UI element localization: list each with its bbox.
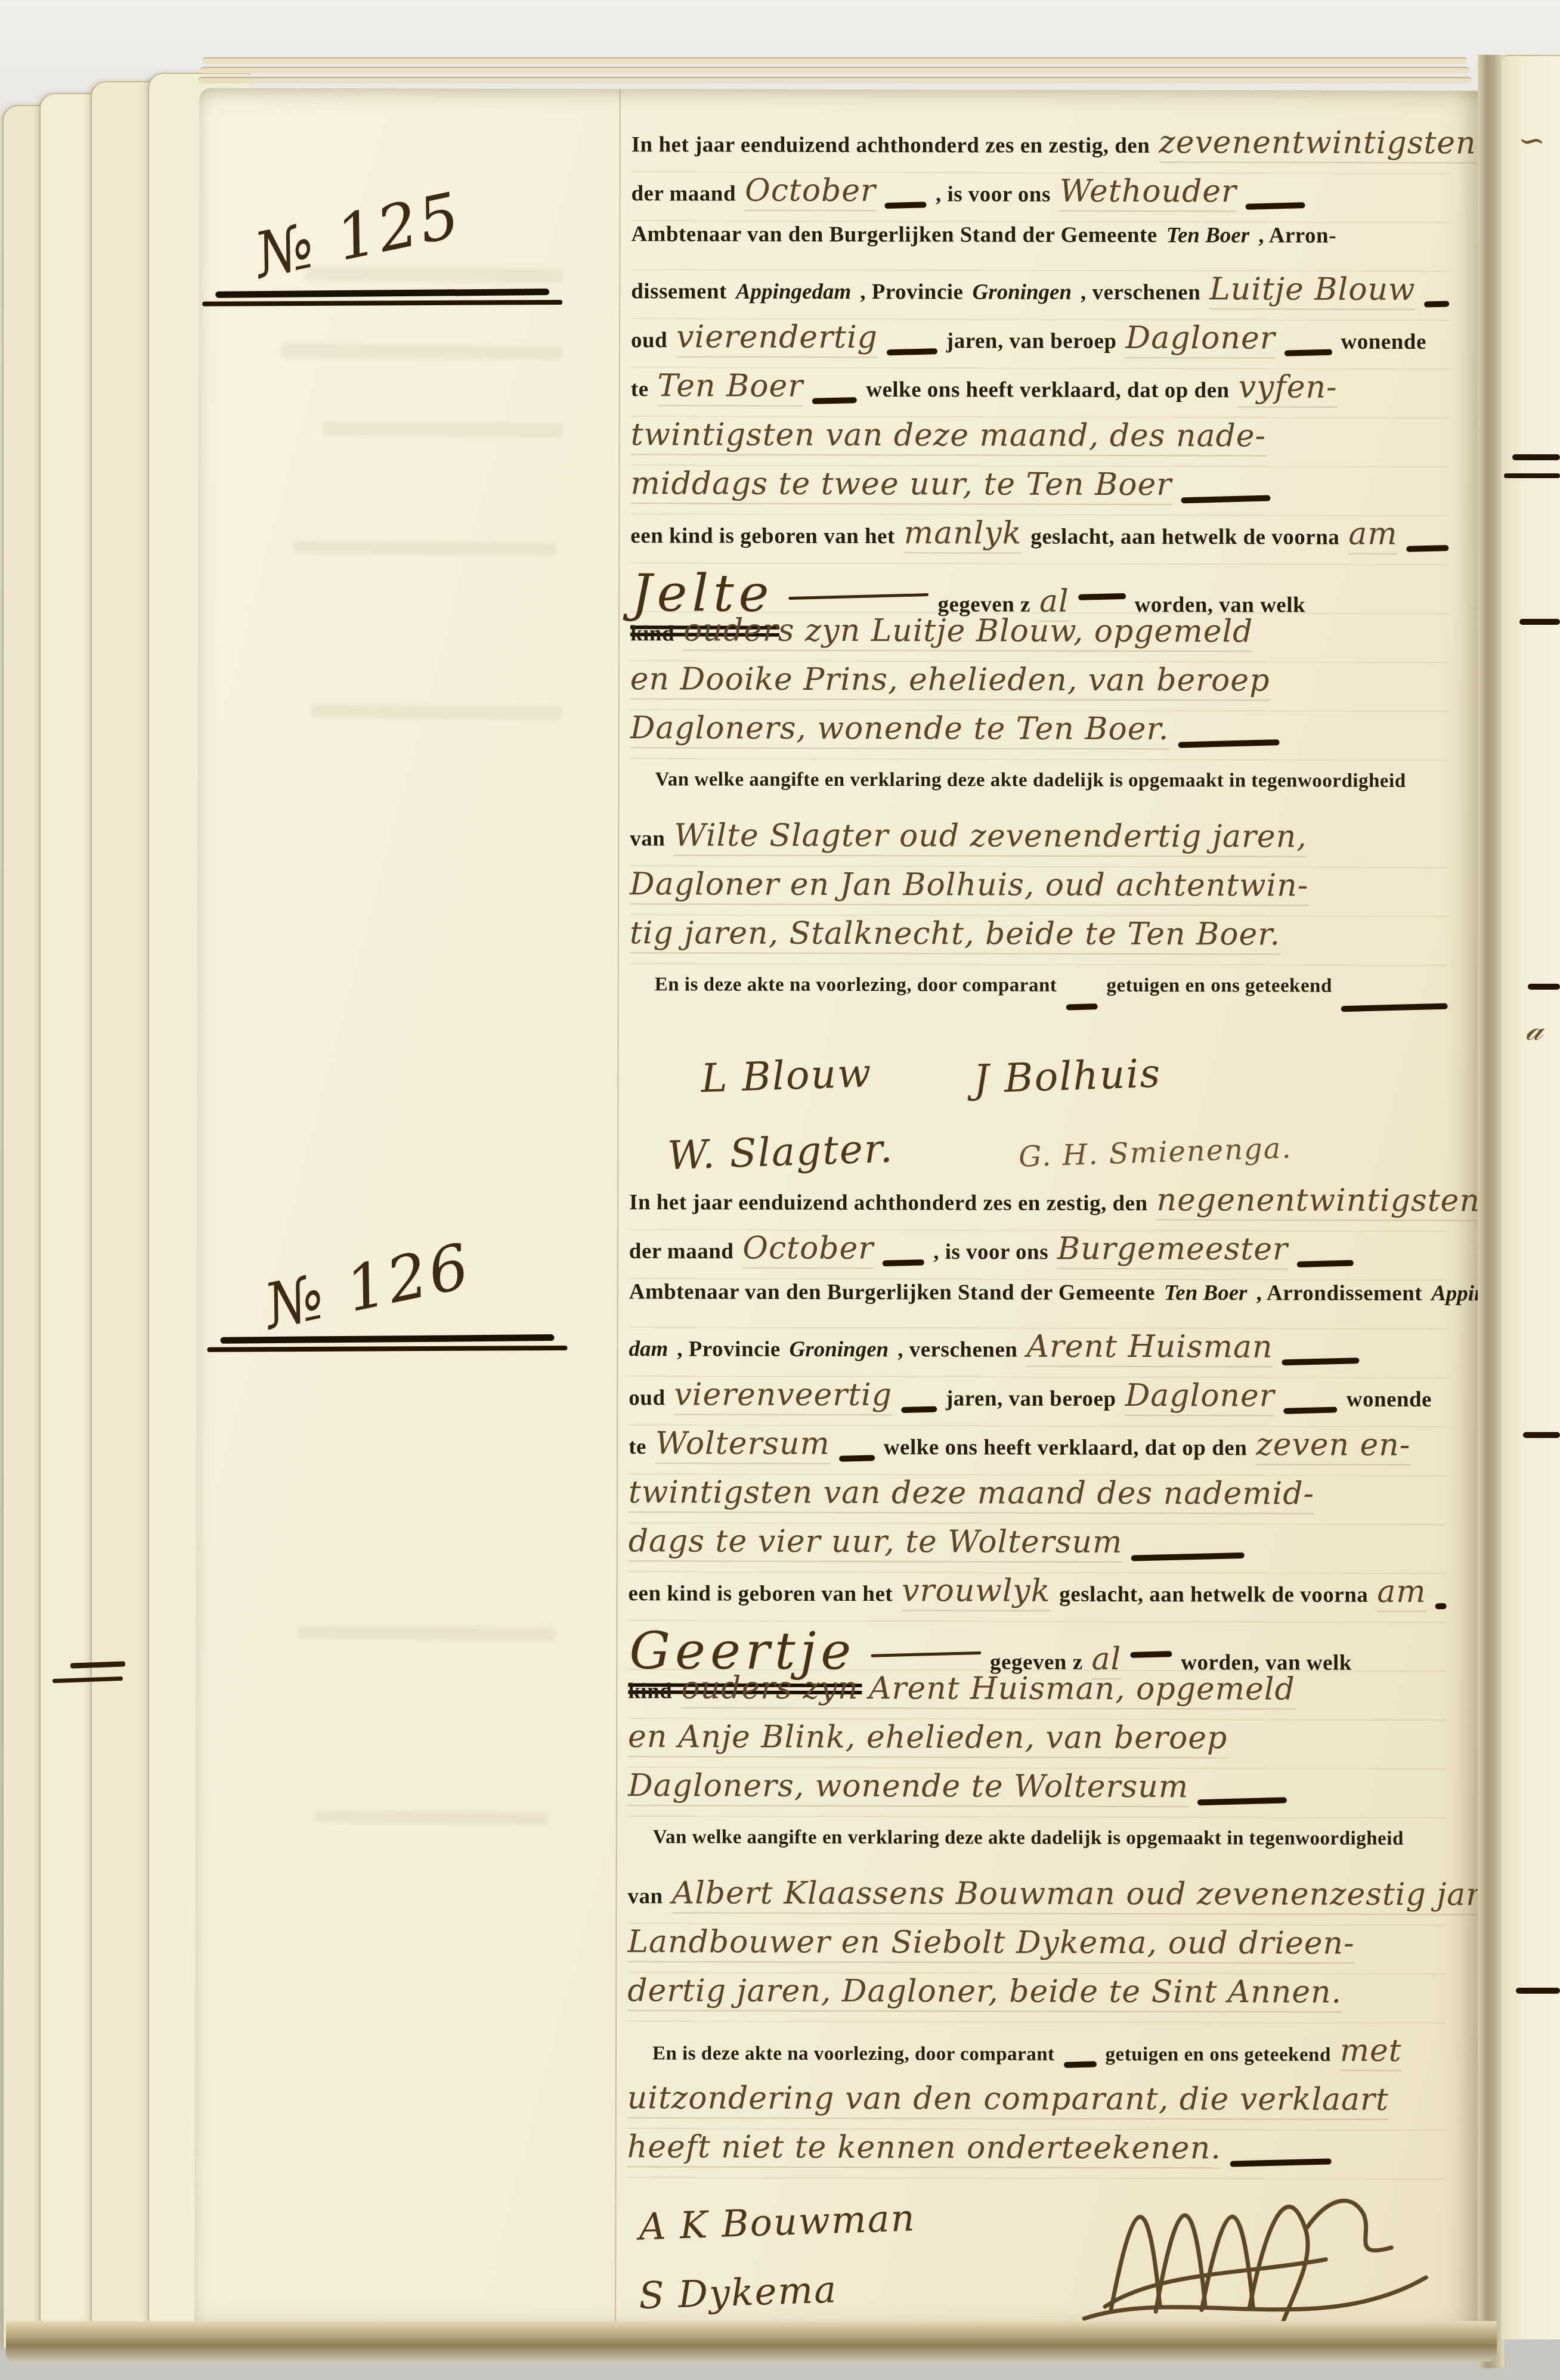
printed-form-text: , Arron-	[1258, 222, 1336, 248]
printed-form-text: , Provincie	[677, 1336, 780, 1362]
act-line: In het jaar eenduizend achthonderd zes e…	[632, 123, 1450, 174]
act-line: kindouders zyn Arent Huisman, opgemeld	[628, 1670, 1446, 1721]
ink-dash	[1130, 1651, 1172, 1658]
handwritten-text: manlyk	[904, 515, 1022, 553]
act-line: der maandOctober, is voor onsBurgemeeste…	[629, 1230, 1447, 1281]
printed-form-text: een kind is geboren van het	[630, 523, 895, 549]
printed-form-text: Ten Boer	[1164, 1280, 1248, 1306]
handwritten-text: Albert Klaassens Bouwman oud zevenenzest…	[672, 1875, 1532, 1915]
act-line: en Dooike Prins, ehelieden, van beroep	[630, 661, 1448, 712]
signature: W. Slagter.	[667, 1125, 894, 1178]
ink-dash	[901, 1406, 937, 1414]
printed-form-text: dam	[629, 1336, 668, 1362]
act-signatures: L BlouwJ BolhuisW. Slagter.G. H. Smienen…	[629, 1037, 1448, 1191]
act-line: Van welke aangifte en verklaring deze ak…	[630, 768, 1448, 819]
handwritten-text: Dagloner en Jan Bolhuis, oud achtentwin-	[630, 866, 1308, 906]
handwritten-text: vrouwlyk	[902, 1573, 1050, 1612]
act-line: Ambtenaar van den Burgerlijken Stand der…	[631, 221, 1449, 272]
handwritten-text: Burgemeester	[1057, 1231, 1288, 1270]
printed-form-text: wonende	[1347, 1387, 1432, 1412]
printed-form-text: van	[630, 826, 665, 851]
handwritten-text: vierenveertig	[674, 1377, 892, 1415]
act-line: kindouders zyn Luitje Blouw, opgemeld	[630, 612, 1448, 663]
printed-form-text: Groningen	[790, 1337, 889, 1362]
printed-form-text: Van welke aangifte en verklaring deze ak…	[655, 768, 1406, 792]
act-line: middags te twee uur, te Ten Boer	[630, 466, 1448, 516]
ink-fragment	[1516, 1988, 1560, 1994]
handwritten-text: Wethouder	[1060, 173, 1237, 212]
ink-dash	[1197, 1797, 1287, 1805]
handwritten-text: vyfen-	[1239, 369, 1338, 407]
handwritten-text: en Anje Blink, ehelieden, van beroep	[628, 1719, 1227, 1758]
handwritten-text: Arent Huisman	[1026, 1329, 1273, 1368]
act-line: Van welke aangifte en verklaring deze ak…	[628, 1826, 1446, 1877]
signature: S Dykema	[638, 2267, 838, 2317]
signature: J Bolhuis	[973, 1050, 1162, 1102]
ink-fragment	[1519, 619, 1560, 625]
printed-form-text: Ambtenaar van den Burgerlijken Stand der…	[631, 221, 1157, 248]
ink-dash	[1341, 1003, 1448, 1012]
act-line: der maandOctober, is voor onsWethouder	[631, 172, 1449, 223]
birth-act-125: In het jaar eenduizend achthonderd zes e…	[629, 123, 1450, 1191]
handwritten-text: dags te vier uur, te Woltersum	[629, 1523, 1123, 1563]
illegible-signature-flourish	[1069, 2158, 1440, 2337]
ink-dash	[812, 397, 857, 404]
handwritten-text: dertig jaren, Dagloner, beide te Sint An…	[627, 1973, 1342, 2013]
handwritten-text: vierendertig	[676, 319, 878, 358]
ink-fragment	[1523, 1432, 1560, 1438]
printed-form-text: Groningen	[972, 279, 1072, 305]
signature: L Blouw	[700, 1050, 873, 1101]
printed-form-text: , Provincie	[860, 279, 963, 305]
handwritten-text: zeven en-	[1256, 1427, 1410, 1465]
act-line: In het jaar eenduizend achthonderd zes e…	[629, 1181, 1447, 1232]
handwritten-text: uitzondering van den comparant, die verk…	[627, 2080, 1389, 2120]
ink-dash	[1178, 739, 1279, 748]
ink-dash	[1131, 1552, 1245, 1561]
ink-dash	[1066, 1003, 1097, 1010]
handwritten-text: Dagloner	[1125, 1378, 1275, 1417]
printed-form-text: En is deze akte na voorlezing, door comp…	[652, 2043, 1055, 2065]
printed-form-text: jaren, van beroep	[946, 328, 1117, 354]
printed-form-text: jaren, van beroep	[946, 1386, 1116, 1412]
ink-dash	[1282, 1358, 1359, 1365]
printed-form-text: te	[631, 376, 649, 402]
printed-form-text: dissement	[631, 278, 727, 304]
act-line: oudvierendertigjaren, van beroepDagloner…	[631, 319, 1449, 370]
printed-form-text: kind	[630, 621, 674, 646]
act-line: dags te vier uur, te Woltersum	[629, 1523, 1447, 1574]
act-line: teTen Boerwelke ons heeft verklaard, dat…	[631, 368, 1449, 419]
act-line: tig jaren, Stalknecht, beide te Ten Boer…	[630, 915, 1448, 966]
printed-form-text: een kind is geboren van het	[629, 1581, 893, 1607]
act-line: twintigsten van deze maand, des nade-	[631, 417, 1449, 467]
ink-dash	[885, 202, 927, 209]
printed-form-text: , is voor ons	[936, 181, 1051, 207]
ink-dash	[883, 1259, 924, 1266]
ink-dash	[1406, 545, 1448, 552]
handwritten-text: middags te twee uur, te Ten Boer	[630, 466, 1172, 505]
act-line: teWoltersumwelke ons heeft verklaard, da…	[629, 1425, 1447, 1476]
act-line: vanAlbert Klaassens Bouwman oud zevenenz…	[627, 1875, 1446, 1926]
printed-form-text: In het jaar eenduizend achthonderd zes e…	[632, 132, 1150, 159]
printed-form-text: , verschenen	[1081, 280, 1200, 305]
printed-form-text: der maand	[632, 181, 736, 206]
ink-dash	[887, 348, 937, 355]
act-line: Dagloner en Jan Bolhuis, oud achtentwin-	[630, 866, 1448, 917]
ink-dash	[1181, 495, 1270, 503]
page-top-edge	[203, 57, 1467, 64]
page-top-edge	[198, 77, 1472, 83]
ink-fragment	[1512, 454, 1560, 460]
printed-form-text: welke ons heeft verklaard, dat op den	[884, 1434, 1248, 1461]
handwritten-text: Dagloners, wonende te Woltersum	[628, 1768, 1188, 1807]
act-line: Dagloners, wonende te Ten Boer.	[630, 710, 1448, 761]
handwritten-text: en Dooike Prins, ehelieden, van beroep	[630, 661, 1270, 701]
act-signatures: A K BouwmanS Dykema	[627, 2186, 1445, 2329]
ink-dash	[1435, 1603, 1446, 1609]
handwritten-text: twintigsten van deze maand des nademid-	[629, 1474, 1314, 1514]
facing-page-sliver: ∽ 𝒶	[1502, 55, 1560, 2339]
ink-dash	[871, 1651, 981, 1657]
ink-fragment: 𝒶	[1525, 1010, 1543, 1048]
ink-dash	[1284, 1406, 1338, 1414]
act-text-column: In het jaar eenduizend achthonderd zes e…	[632, 89, 1450, 91]
printed-form-text: Appingedam	[736, 279, 851, 305]
act-line: Jeltegegeven zalworden, van welk	[630, 563, 1448, 614]
act-line: twintigsten van deze maand des nademid-	[629, 1474, 1447, 1525]
ink-fragment	[1528, 984, 1560, 990]
printed-form-text: geslacht, aan hetwelk de voorna	[1059, 1582, 1368, 1608]
handwritten-text: Landbouwer en Siebolt Dykema, oud drieen…	[627, 1924, 1354, 1964]
handwritten-text: negenentwintigsten	[1157, 1182, 1480, 1221]
printed-form-text: In het jaar eenduizend achthonderd zes e…	[629, 1189, 1148, 1216]
printed-form-text: wonende	[1341, 329, 1426, 355]
handwritten-text: Woltersum	[655, 1425, 830, 1464]
ink-dash	[1297, 1260, 1354, 1267]
act-line: Dagloners, wonende te Woltersum	[628, 1768, 1446, 1818]
act-line: En is deze akte na voorlezing, door comp…	[630, 974, 1448, 1024]
ink-dash	[1246, 202, 1305, 210]
handwritten-text: ouders zyn Arent Huisman, opgemeld	[681, 1670, 1295, 1709]
printed-form-text: Ambtenaar van den Burgerlijken Stand der…	[629, 1279, 1155, 1306]
register-page: № 125 № 126 In het jaar eenduizend achth…	[194, 88, 1482, 2323]
act-line: een kind is geboren van hetmanlykgeslach…	[630, 515, 1448, 565]
handwritten-text: tig jaren, Stalknecht, beide te Ten Boer…	[630, 915, 1280, 955]
ink-dash	[788, 593, 928, 600]
handwritten-text: October	[742, 1231, 874, 1269]
signature-row: W. Slagter.G. H. Smienenga.	[629, 1113, 1447, 1191]
ink-fragment: ∽	[1518, 122, 1545, 159]
printed-form-text: , is voor ons	[933, 1239, 1048, 1265]
printed-form-text: Ten Boer	[1166, 222, 1250, 248]
act-line: En is deze akte na voorlezing, door comp…	[627, 2031, 1446, 2082]
act-line: en Anje Blink, ehelieden, van beroep	[628, 1719, 1446, 1769]
ink-dash	[839, 1455, 875, 1462]
printed-form-text: van	[628, 1883, 663, 1909]
printed-form-text: geslacht, aan hetwelk de voorna	[1030, 524, 1339, 550]
act-line: een kind is geboren van hetvrouwlykgesla…	[629, 1572, 1447, 1623]
signature-row: L BlouwJ Bolhuis	[629, 1037, 1447, 1115]
page-bottom-edges	[6, 2321, 1497, 2362]
act-line: Landbouwer en Siebolt Dykema, oud drieen…	[627, 1924, 1446, 1975]
margin-rule	[615, 89, 621, 2322]
handwritten-text: twintigsten van deze maand, des nade-	[631, 417, 1267, 456]
signature: A K Bouwman	[638, 2196, 916, 2248]
act-line: vanWilte Slagter oud zevenendertig jaren…	[630, 817, 1448, 868]
book-gutter	[1478, 55, 1504, 2368]
printed-form-text: getuigen en ons geteekend	[1106, 975, 1332, 997]
printed-form-text: Van welke aangifte en verklaring deze ak…	[653, 1826, 1404, 1850]
handwritten-text: October	[745, 173, 876, 211]
act-line: dam, ProvincieGroningen, verschenenArent…	[629, 1328, 1447, 1378]
ink-dash	[1424, 301, 1449, 308]
handwritten-text: met	[1340, 2033, 1402, 2071]
handwritten-text: am	[1348, 516, 1397, 554]
handwritten-text: am	[1377, 1574, 1426, 1612]
printed-form-text: oud	[631, 327, 667, 353]
handwritten-text: Ten Boer	[658, 368, 804, 407]
ink-fragment	[1504, 473, 1560, 478]
handwritten-text: ouders zyn Luitje Blouw, opgemeld	[683, 612, 1253, 652]
printed-form-text: En is deze akte na voorlezing, door comp…	[655, 974, 1057, 996]
ink-dash	[1078, 593, 1126, 600]
signature: G. H. Smienenga.	[1018, 1132, 1292, 1174]
act-line: Geertjegegeven zalworden, van welk	[628, 1621, 1446, 1672]
birth-act-126: In het jaar eenduizend achthonderd zes e…	[627, 1181, 1447, 2329]
act-body: In het jaar eenduizend achthonderd zes e…	[630, 123, 1450, 1024]
printed-form-text: getuigen en ons geteekend	[1106, 2044, 1331, 2066]
printed-form-text: , Arrondissement	[1256, 1280, 1422, 1306]
page-top-edge	[200, 67, 1469, 73]
register-scan: № 125 № 126 In het jaar eenduizend achth…	[0, 0, 1560, 2380]
act-line: dertig jaren, Dagloner, beide te Sint An…	[627, 1973, 1446, 2023]
ink-dash	[1063, 2061, 1096, 2068]
printed-form-text: oud	[629, 1385, 665, 1411]
handwritten-text: Luitje Blouw	[1209, 271, 1415, 310]
printed-form-text: te	[629, 1434, 646, 1459]
act-number-label: № 126	[258, 1229, 478, 1343]
act-body: In het jaar eenduizend achthonderd zes e…	[627, 1181, 1447, 2180]
printed-form-text: der maand	[629, 1238, 734, 1264]
printed-form-text: , verschenen	[897, 1337, 1017, 1362]
act-line: oudvierenveertigjaren, van beroepDaglone…	[629, 1377, 1447, 1427]
handwritten-text: zevenentwintigsten	[1159, 125, 1476, 163]
handwritten-text: Wilte Slagter oud zevenendertig jaren,	[674, 817, 1307, 857]
act-line: Ambtenaar van den Burgerlijken Stand der…	[629, 1279, 1447, 1330]
ink-dash	[1284, 349, 1332, 357]
handwritten-text: Dagloner	[1125, 320, 1275, 359]
act-line: dissementAppingedam, ProvincieGroningen,…	[631, 270, 1449, 321]
printed-form-text: welke ons heeft verklaard, dat op den	[866, 377, 1230, 403]
act-line: uitzondering van den comparant, die verk…	[627, 2080, 1446, 2131]
handwritten-text: Dagloners, wonende te Ten Boer.	[630, 710, 1169, 749]
printed-form-text: kind	[628, 1678, 672, 1704]
